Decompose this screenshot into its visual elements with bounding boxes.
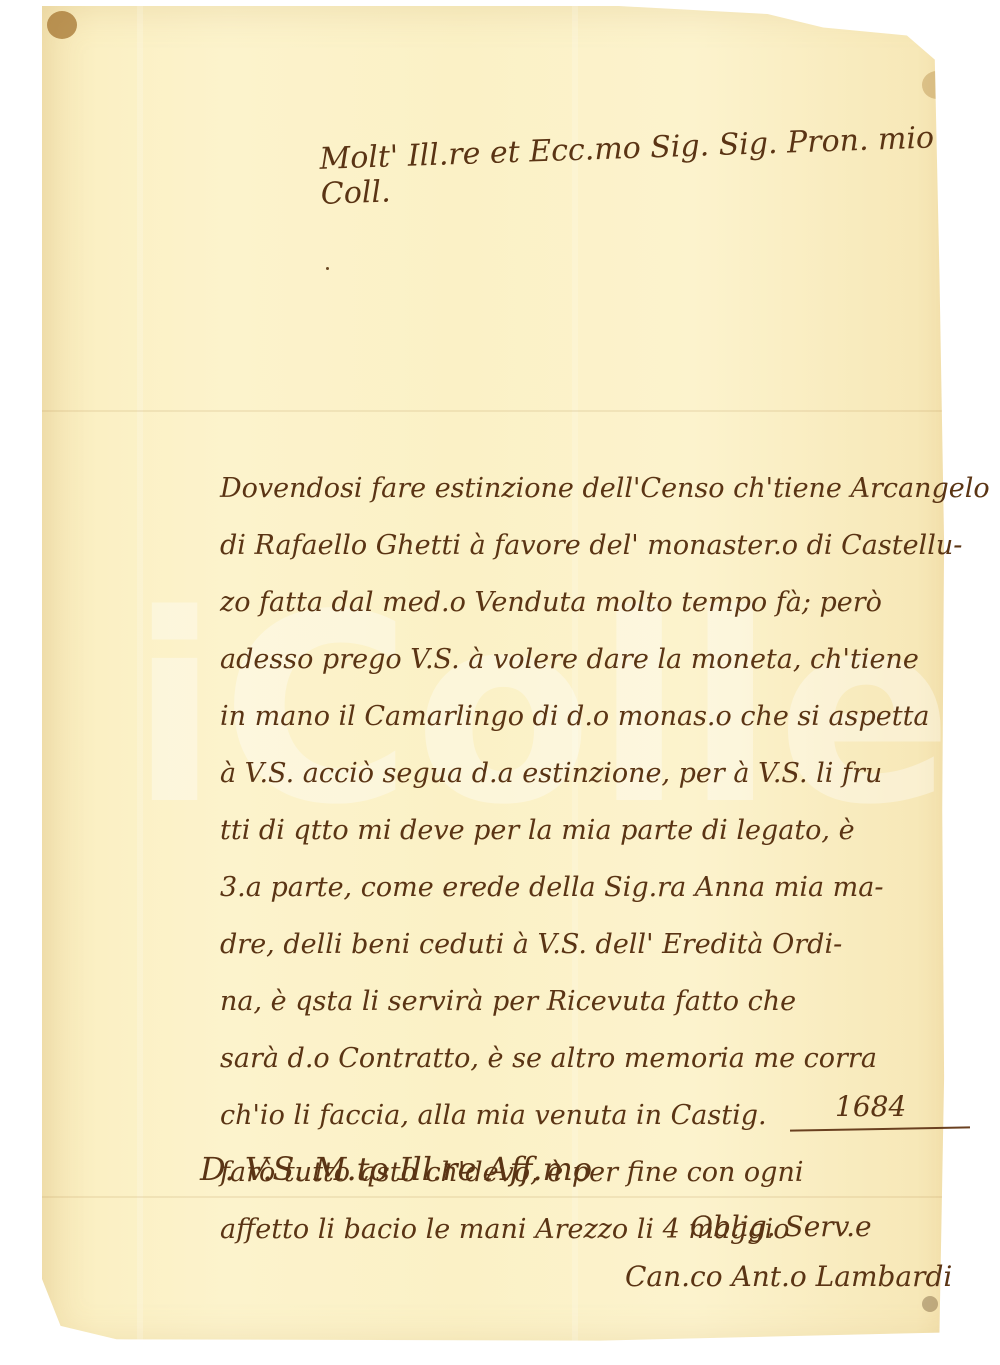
corner-stain: [47, 11, 77, 39]
signature-name: Can.co Ant.o Lambardi: [625, 1260, 952, 1293]
letter-body: Dovendosi fare estinzione dell'Censo ch'…: [180, 460, 990, 1258]
body-line: à V.S. acciò segua d.a estinzione, per à…: [180, 745, 990, 802]
body-line: di Rafaello Ghetti à favore del' monaste…: [180, 517, 990, 574]
body-line: sarà d.o Contratto, è se altro memoria m…: [180, 1030, 990, 1087]
closing-formula: D. V.S. M.to Ill.re Aff.mo: [200, 1150, 592, 1188]
paper-fold-crease: [137, 6, 143, 1346]
body-line: Dovendosi fare estinzione dell'Censo ch'…: [180, 460, 990, 517]
ink-stain: [922, 1296, 938, 1312]
body-line: adesso prego V.S. à volere dare la monet…: [180, 631, 990, 688]
body-line: na, è qsta li servirà per Ricevuta fatto…: [180, 973, 990, 1030]
body-line: in mano il Camarlingo di d.o monas.o che…: [180, 688, 990, 745]
letter-year: 1684: [835, 1090, 906, 1123]
ink-stain: [922, 71, 952, 99]
ink-dot: [326, 267, 329, 270]
body-line: dre, delli beni ceduti à V.S. dell' Ered…: [180, 916, 990, 973]
body-line: 3.a parte, come erede della Sig.ra Anna …: [180, 859, 990, 916]
body-line: tti di qtto mi deve per la mia parte di …: [180, 802, 990, 859]
paper-fold-crease: [42, 410, 972, 412]
signature-servant-line: Oblig. Serv.e: [690, 1210, 872, 1243]
body-line: zo fatta dal med.o Venduta molto tempo f…: [180, 574, 990, 631]
